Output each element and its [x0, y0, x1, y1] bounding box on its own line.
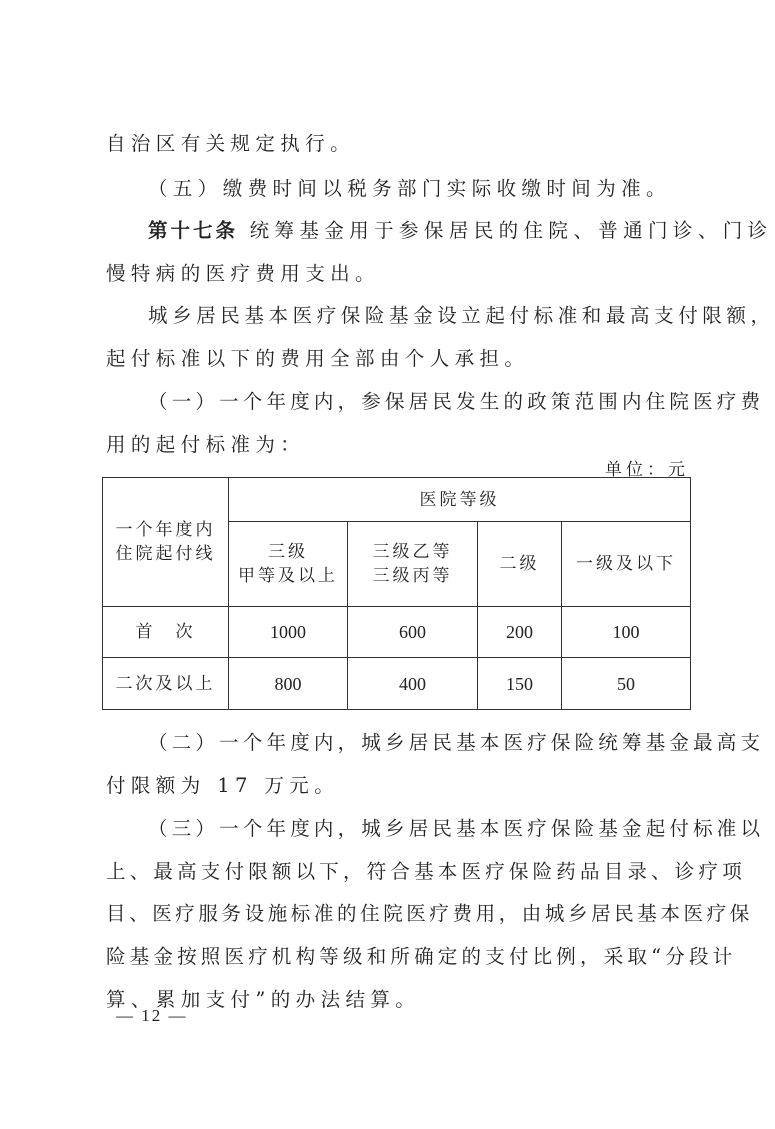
- col-header-2: 三级乙等三级丙等: [348, 522, 478, 607]
- table-row: 二次及以上 800 400 150 50: [103, 658, 691, 710]
- col-header-4: 一级及以下: [562, 522, 691, 607]
- after-line-6: 险基金按照医疗机构等级和所确定的支付比例，采取“分段计: [106, 945, 736, 969]
- row-header-line1: 一个年度内: [103, 518, 228, 542]
- deductible-table: 一个年度内 住院起付线 医院等级 三级甲等及以上 三级乙等三级丙等 二级 一级及…: [102, 477, 691, 710]
- col-header-1: 三级甲等及以上: [229, 522, 348, 607]
- cell: 600: [348, 607, 478, 658]
- row-label: 二次及以上: [103, 658, 229, 710]
- article-17-title: 第十七条: [148, 219, 238, 242]
- para-line-7: （一）一个年度内，参保居民发生的政策范围内住院医疗费: [148, 390, 764, 414]
- table-row: 首 次 1000 600 200 100: [103, 607, 691, 658]
- cell: 150: [478, 658, 562, 710]
- para-line-4: 慢特病的医疗费用支出。: [106, 262, 380, 286]
- after-line-3: （三）一个年度内，城乡居民基本医疗保险基金起付标准以: [148, 817, 764, 841]
- row-label: 首 次: [103, 607, 229, 658]
- row-header-title: 一个年度内 住院起付线: [103, 478, 229, 607]
- cell: 800: [229, 658, 348, 710]
- article-17-line: 第十七条 统筹基金用于参保居民的住院、普通门诊、门诊: [148, 219, 773, 243]
- group-header: 医院等级: [229, 478, 691, 522]
- para-line-1: 自治区有关规定执行。: [106, 132, 355, 156]
- cell: 1000: [229, 607, 348, 658]
- cell: 200: [478, 607, 562, 658]
- cell: 100: [562, 607, 691, 658]
- para-line-5: 城乡居民基本医疗保险基金设立起付标准和最高支付限额，: [148, 304, 775, 328]
- col-header-3: 二级: [478, 522, 562, 607]
- row-header-line2: 住院起付线: [103, 542, 228, 566]
- page-number: — 12 —: [116, 1006, 188, 1026]
- after-line-4: 上、最高支付限额以下，符合基本医疗保险药品目录、诊疗项: [106, 860, 746, 884]
- para-line-8: 用的起付标准为：: [106, 433, 305, 457]
- article-17-text: 统筹基金用于参保居民的住院、普通门诊、门诊: [238, 219, 773, 242]
- para-line-2: （五）缴费时间以税务部门实际收缴时间为准。: [148, 177, 671, 201]
- para-line-6: 起付标准以下的费用全部由个人承担。: [106, 347, 529, 371]
- after-line-2: 付限额为 17 万元。: [106, 774, 339, 798]
- cell: 400: [348, 658, 478, 710]
- after-line-5: 目、医疗服务设施标准的住院医疗费用，由城乡居民基本医疗保: [106, 902, 753, 926]
- cell: 50: [562, 658, 691, 710]
- after-line-1: （二）一个年度内，城乡居民基本医疗保险统筹基金最高支: [148, 731, 764, 755]
